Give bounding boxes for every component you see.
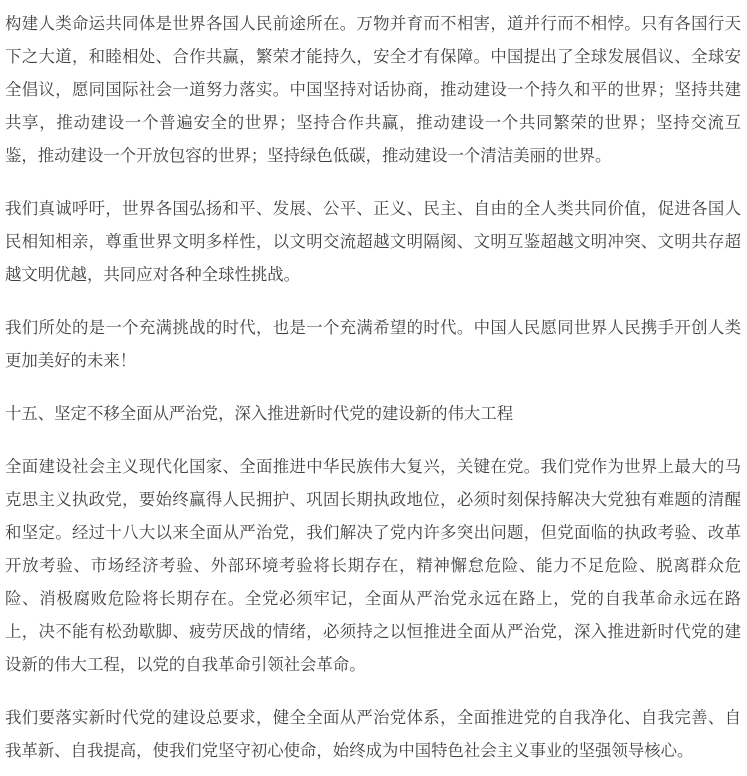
paragraph-party-building-requirements: 我们要落实新时代党的建设总要求，健全全面从严治党体系，全面推进党的自我净化、自我…: [5, 702, 741, 768]
section-heading-fifteen: 十五、坚定不移全面从严治党，深入推进新时代党的建设新的伟大工程: [5, 398, 741, 431]
paragraph-era-of-challenge-and-hope: 我们所处的是一个充满挑战的时代，也是一个充满希望的时代。中国人民愿同世界人民携手…: [5, 312, 741, 378]
article-body: 构建人类命运共同体是世界各国人民前途所在。万物并育而不相害，道并行而不相悖。只有…: [0, 0, 747, 768]
paragraph-party-self-governance: 全面建设社会主义现代化国家、全面推进中华民族伟大复兴，关键在党。我们党作为世界上…: [5, 451, 741, 682]
paragraph-community-of-shared-future: 构建人类命运共同体是世界各国人民前途所在。万物并育而不相害，道并行而不相悖。只有…: [5, 8, 741, 173]
paragraph-common-values-appeal: 我们真诚呼吁，世界各国弘扬和平、发展、公平、正义、民主、自由的全人类共同价值，促…: [5, 193, 741, 292]
